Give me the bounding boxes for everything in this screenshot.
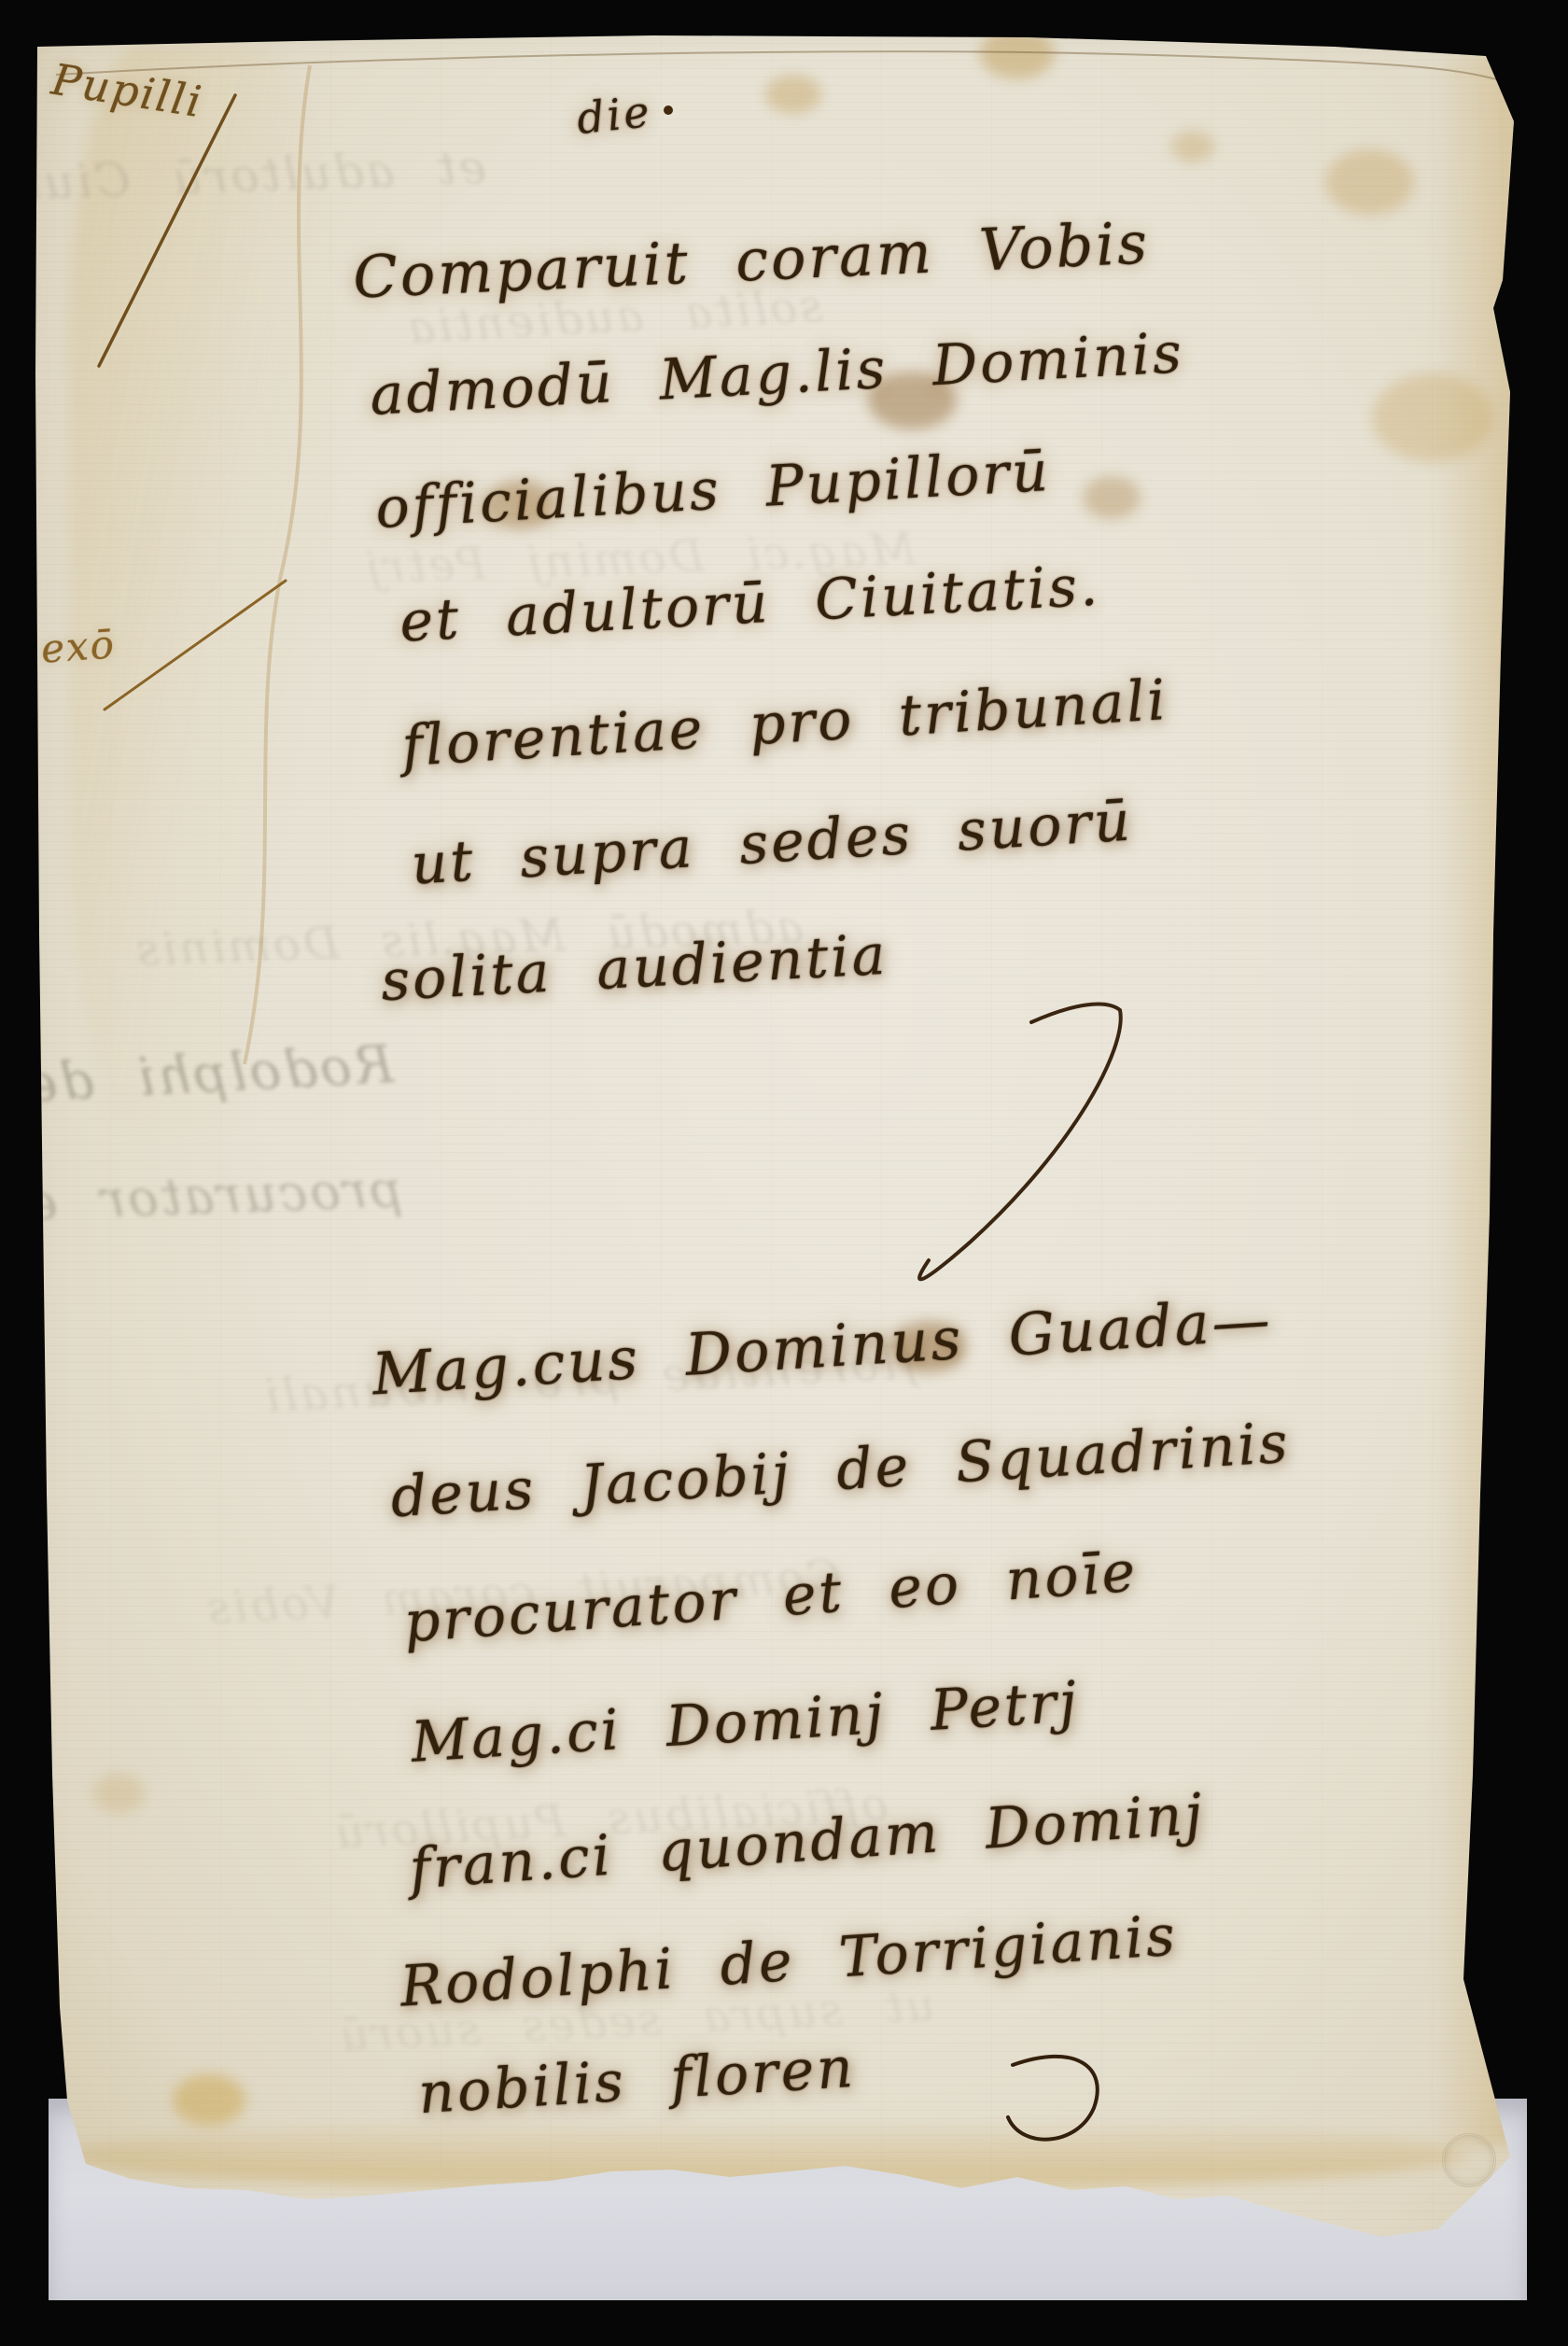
scan-background: { "document": { "kind": "handwritten man… xyxy=(0,0,1568,2346)
paper-edge-shading xyxy=(0,0,1568,2346)
paper-sheet: Rodolphi de Torrigianis procurator et eo… xyxy=(0,0,1568,2346)
